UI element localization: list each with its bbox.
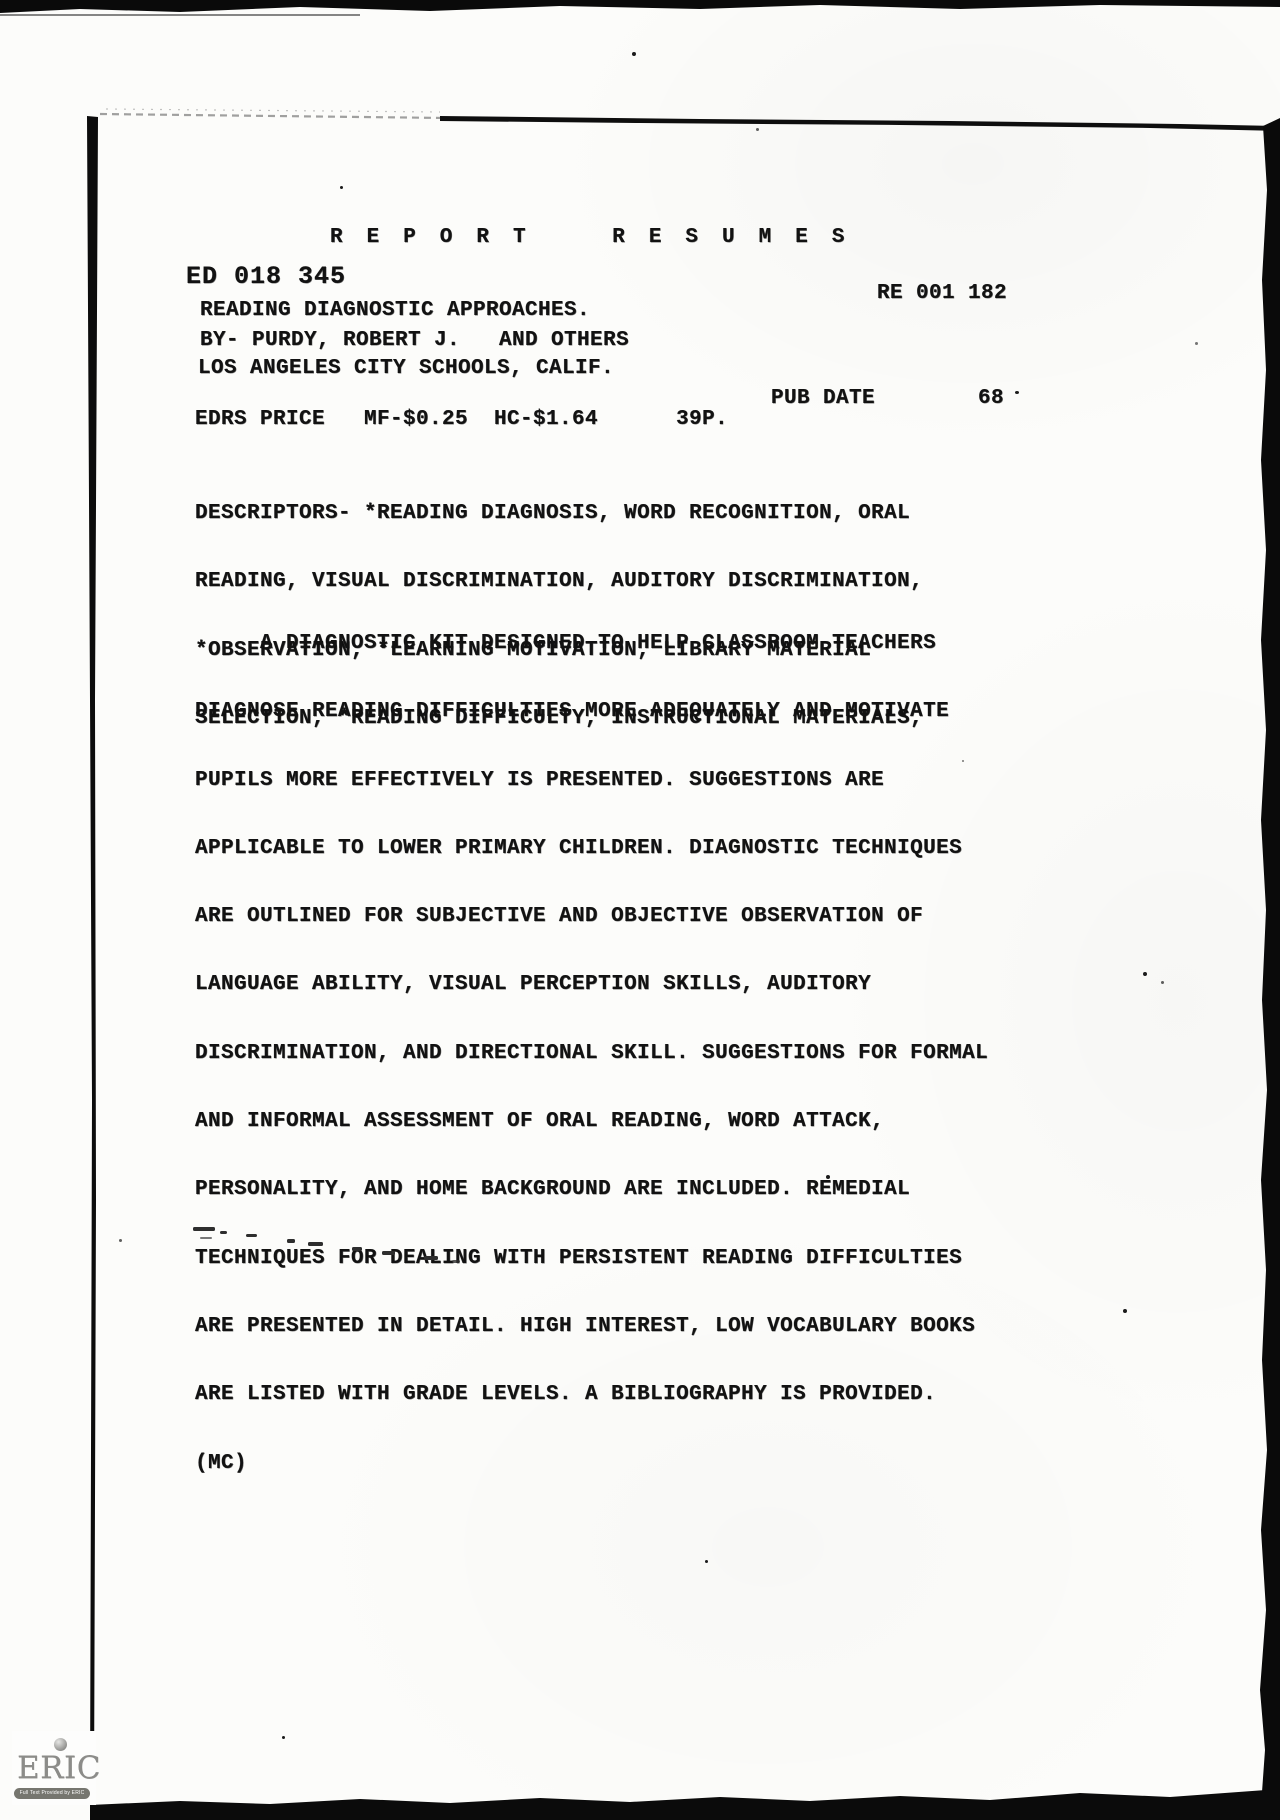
- abstract-line: DISCRIMINATION, AND DIRECTIONAL SKILL. S…: [195, 1041, 988, 1067]
- scan-edge-right: [1260, 118, 1280, 1820]
- eric-logo-tagline: Full Text Provided by ERIC: [14, 1788, 90, 1799]
- ed-accession-number: ED 018 345: [186, 264, 346, 289]
- report-resumes-header: REPORT RESUMES: [330, 227, 868, 248]
- abstract-line: ARE OUTLINED FOR SUBJECTIVE AND OBJECTIV…: [195, 904, 988, 930]
- abstract-block: A DIAGNOSTIC KIT DESIGNED TO HELP CLASSR…: [195, 589, 988, 1498]
- pub-date-value: 68: [978, 388, 1004, 409]
- abstract-line: ARE LISTED WITH GRADE LEVELS. A BIBLIOGR…: [195, 1382, 988, 1408]
- abstract-line: AND INFORMAL ASSESSMENT OF ORAL READING,…: [195, 1109, 988, 1135]
- institution-line: LOS ANGELES CITY SCHOOLS, CALIF.: [198, 358, 614, 379]
- document-title: READING DIAGNOSTIC APPROACHES.: [200, 300, 590, 321]
- abstract-line: (MC): [195, 1451, 988, 1477]
- abstract-line: APPLICABLE TO LOWER PRIMARY CHILDREN. DI…: [195, 836, 988, 862]
- scanned-document: { "document": { "header": "REPORT RESUME…: [0, 0, 1280, 1820]
- abstract-line: A DIAGNOSTIC KIT DESIGNED TO HELP CLASSR…: [195, 631, 988, 657]
- scan-edge-top: [0, 0, 1280, 13]
- descriptors-line: DESCRIPTORS- *READING DIAGNOSIS, WORD RE…: [195, 501, 923, 527]
- eric-logo-text: ERIC: [17, 1753, 101, 1784]
- eric-watermark: ERIC Full Text Provided by ERIC: [12, 1731, 96, 1805]
- abstract-line: DIAGNOSE READING DIFFICULTIES MORE ADEQU…: [195, 699, 988, 725]
- pub-date-label: PUB DATE: [771, 388, 875, 409]
- abstract-line: PUPILS MORE EFFECTIVELY IS PRESENTED. SU…: [195, 768, 988, 794]
- abstract-line: LANGUAGE ABILITY, VISUAL PERCEPTION SKIL…: [195, 972, 988, 998]
- edrs-price-line: EDRS PRICE MF-$0.25 HC-$1.64 39P.: [195, 409, 728, 430]
- scan-edge-left: [87, 116, 98, 1802]
- scan-edge-bottom: [90, 1789, 1280, 1820]
- abstract-line: ARE PRESENTED IN DETAIL. HIGH INTEREST, …: [195, 1314, 988, 1340]
- author-byline: BY- PURDY, ROBERT J. AND OTHERS: [200, 330, 629, 351]
- abstract-line: TECHNIQUES FOR DEALING WITH PERSISTENT R…: [195, 1246, 988, 1272]
- abstract-line: PERSONALITY, AND HOME BACKGROUND ARE INC…: [195, 1177, 988, 1203]
- re-clearinghouse-number: RE 001 182: [877, 283, 1007, 304]
